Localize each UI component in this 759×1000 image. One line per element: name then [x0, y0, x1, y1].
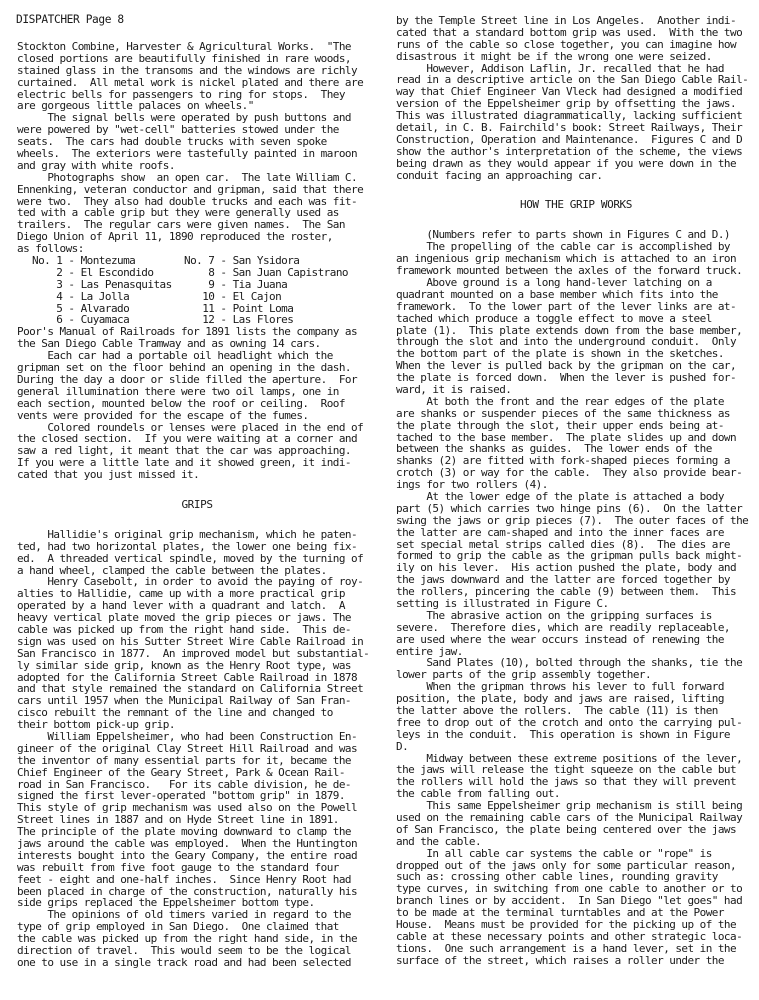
text-line: general illumination there were two oil …	[17, 386, 377, 398]
grips-text: Hallidie's original grip mechanism, whic…	[17, 529, 377, 969]
document-page: DISPATCHER Page 8 Stockton Combine, Harv…	[0, 0, 759, 1000]
text-line: runs of the cable so close together, you…	[396, 39, 756, 51]
text-line: Chief Engineer of the Geary Street, Park…	[17, 767, 377, 779]
car-roster: No. 1 - Montezuma 2 - El Escondido 3 - L…	[17, 255, 377, 326]
text-line: vents were provided for the escape of th…	[17, 410, 377, 422]
text-line: Construction, Operation and Maintenance.…	[396, 134, 756, 146]
text-line: leys in the conduit. This operation is s…	[396, 729, 756, 741]
text-line: ed. A threaded vertical spindle, moved b…	[17, 553, 377, 565]
text-line: are shanks or suspender pieces of the sa…	[396, 408, 756, 420]
text-line: show the author's interpretation of the …	[396, 146, 756, 158]
text-line: free to drop out of the crotch and onto …	[396, 717, 756, 729]
text-line: tached which produce a toggle effect to …	[396, 313, 756, 325]
text-line: stained glass in the transoms and the wi…	[17, 65, 377, 77]
text-line: Hallidie's original grip mechanism, whic…	[17, 529, 377, 541]
text-line: interests bought into the Geary Company,…	[17, 850, 377, 862]
text-line: the plate through the slot, their upper …	[396, 420, 756, 432]
text-line: each section, mounted below the roof or …	[17, 398, 377, 410]
roster-column-2: No. 7 - San Ysidora 8 - San Juan Capistr…	[184, 255, 348, 326]
text-line: tions. One such arrangement is a hand le…	[396, 943, 756, 955]
left-column: Stockton Combine, Harvester & Agricultur…	[17, 41, 377, 969]
text-line: At both the front and the rear edges of …	[396, 396, 756, 408]
text-line: surface of the street, which raises a ro…	[396, 955, 756, 967]
intro-text: Stockton Combine, Harvester & Agricultur…	[17, 41, 377, 255]
text-line: D.	[396, 741, 756, 753]
text-line: framework. To the lower part of the leve…	[396, 301, 756, 313]
text-line: the inventor of many essential parts for…	[17, 755, 377, 767]
text-line: cated that a standard bottom grip was us…	[396, 27, 756, 39]
text-line: one to use in a single track road and ha…	[17, 957, 377, 969]
text-line: San Francisco in 1877. An improved model…	[17, 648, 377, 660]
text-line: of San Francisco, the plate being center…	[396, 824, 756, 836]
text-line: closed portions are beautifully finished…	[17, 53, 377, 65]
text-line: 10 - El Cajon	[184, 291, 348, 303]
text-line: are used where the wear occurs instead o…	[396, 634, 756, 646]
text-line: gineer of the original Clay Street Hill …	[17, 743, 377, 755]
text-line: swing the jaws or grip pieces (7). The o…	[396, 515, 756, 527]
after-roster-text: Poor's Manual of Railroads for 1891 list…	[17, 326, 377, 481]
right-column: by the Temple Street line in Los Angeles…	[396, 15, 756, 967]
text-line: Ennenking, veteran conductor and gripman…	[17, 184, 377, 196]
text-line: cated that you just missed it.	[17, 469, 377, 481]
text-line: The abrasive action on the gripping surf…	[396, 610, 756, 622]
right-intro-text: by the Temple Street line in Los Angeles…	[396, 15, 756, 181]
text-line: sign was used on his Sutter Street Wire …	[17, 636, 377, 648]
text-line: Photographs show an open car. The late W…	[17, 172, 377, 184]
text-line: conduit facing an approaching car.	[396, 170, 756, 182]
text-line: curtained. All metal work is nickel plat…	[17, 77, 377, 89]
text-line: feet - eight and one-half inches. Since …	[17, 874, 377, 886]
section-heading-how-the-grip-works: HOW THE GRIP WORKS	[396, 199, 756, 211]
text-line: In all cable car systems the cable or "r…	[396, 848, 756, 860]
text-line: ted, had two horizontal plates, the lowe…	[17, 541, 377, 553]
page-header: DISPATCHER Page 8	[16, 13, 124, 26]
grip-mechanism-text: (Numbers refer to parts shown in Figures…	[396, 229, 756, 966]
text-line: disastrous it might be if the wrong one …	[396, 51, 756, 63]
text-line: being drawn as they would appear if you …	[396, 158, 756, 170]
text-line: and gray with white roofs.	[17, 160, 377, 172]
text-line: 9 - Tia Juana	[184, 279, 348, 291]
text-line: the latter are cam-shaped and into the i…	[396, 527, 756, 539]
text-line: part (5) which carries two hinge pins (6…	[396, 503, 756, 515]
text-line: ly similar side grip, known as the Henry…	[17, 660, 377, 672]
text-line: severe. Therefore dies, which are readil…	[396, 622, 756, 634]
text-line: and the cable.	[396, 836, 756, 848]
text-line: was rebuilt from five foot gauge to the …	[17, 862, 377, 874]
text-line: 3 - Las Penasquitas	[32, 279, 184, 291]
text-line: 4 - La Jolla	[32, 291, 184, 303]
roster-column-1: No. 1 - Montezuma 2 - El Escondido 3 - L…	[17, 255, 184, 326]
text-line: quadrant mounted on a base member which …	[396, 289, 756, 301]
section-heading-grips: GRIPS	[17, 499, 377, 511]
